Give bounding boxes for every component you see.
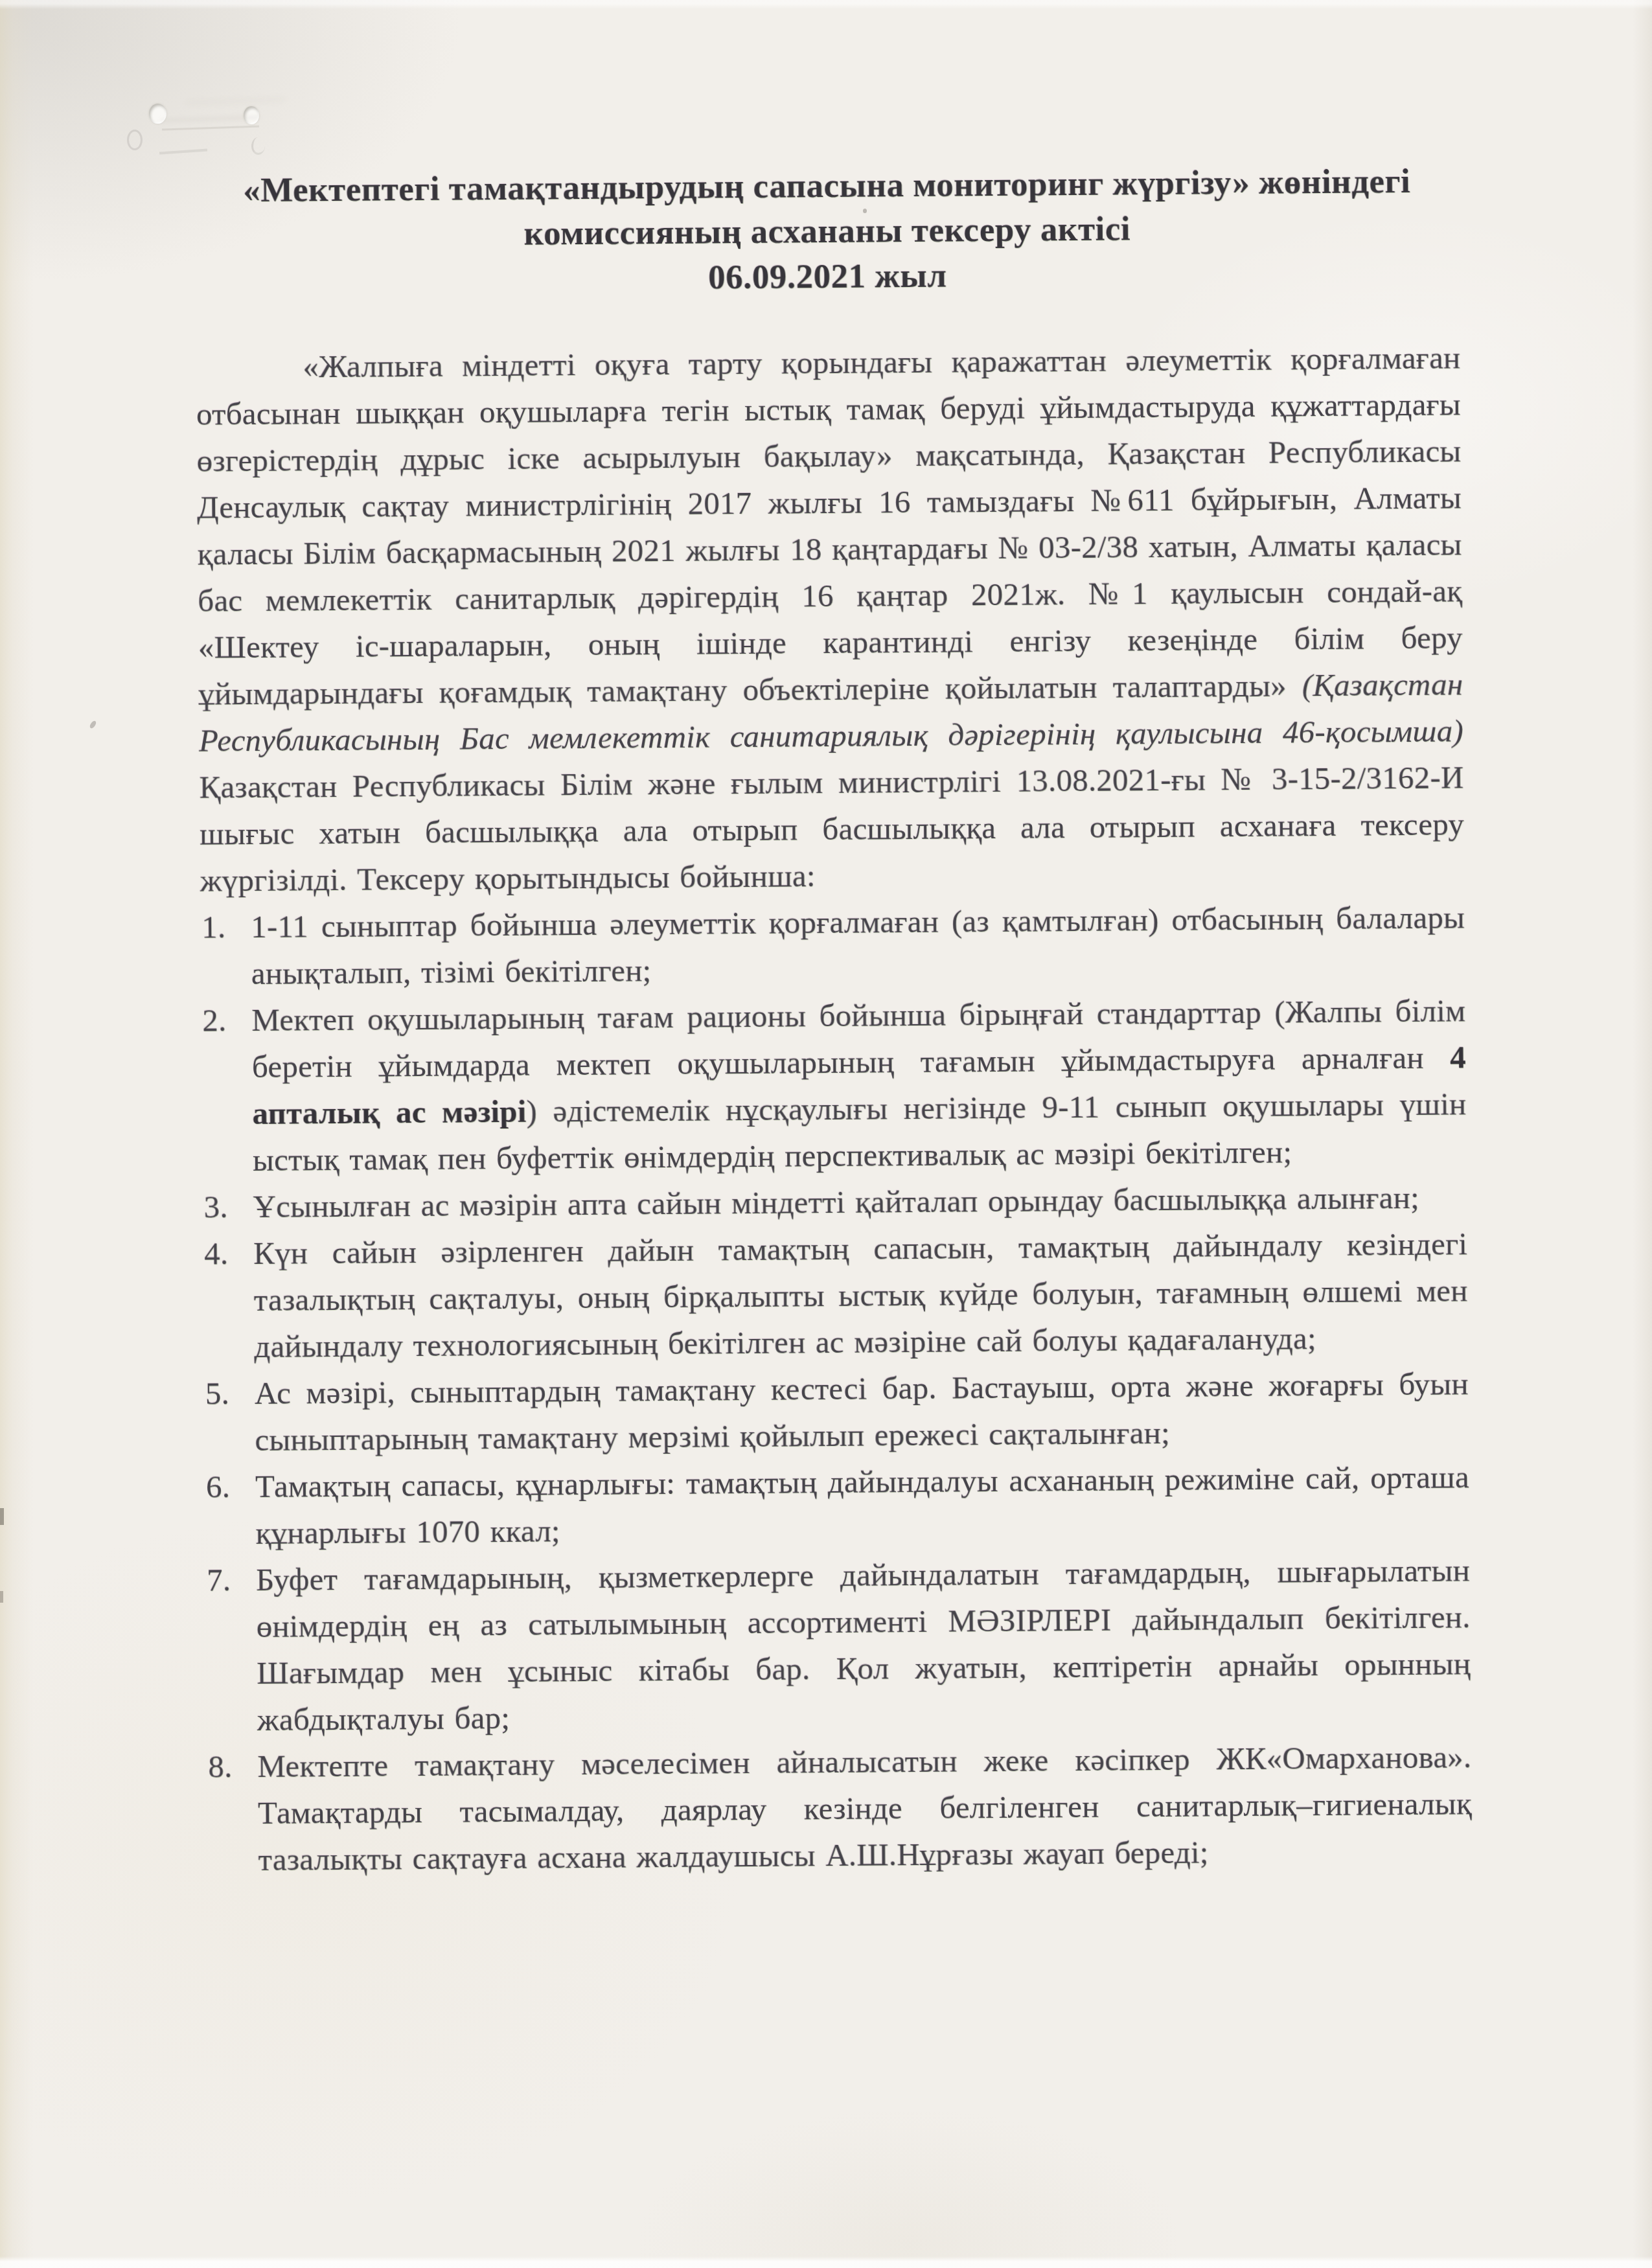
scan-edge-mark [0, 1591, 3, 1603]
list-item: 8.Мектепте тамақтану мәселесімен айналыс… [207, 1734, 1473, 1883]
text-segment: Буфет тағамдарының, қызметкерлерге дайын… [256, 1552, 1471, 1737]
document-content: «Мектептегі тамақтандырудың сапасына мон… [194, 158, 1473, 1883]
intro-paragraph: «Жалпыға міндетті оқуға тарту қорындағы … [196, 334, 1465, 904]
staple-hole [244, 106, 259, 124]
list-item: 6.Тамақтың сапасы, құнарлығы: тамақтың д… [205, 1454, 1470, 1557]
document-date: 06.09.2021 жыл [195, 249, 1460, 304]
list-item-text: Ұсынылған ас мәзірін апта сайын міндетті… [253, 1180, 1419, 1224]
list-item-text: Ас мәзірі, сыныптардың тамақтану кестесі… [255, 1366, 1469, 1458]
ink-speck [89, 720, 97, 729]
list-item: 1.1-11 сыныптар бойынша әлеуметтік қорға… [200, 894, 1465, 997]
staple-hole [149, 104, 166, 124]
text-segment: «Жалпыға міндетті оқуға тарту қорындағы … [196, 339, 1463, 711]
list-item-text: Мектепте тамақтану мәселесімен айналысат… [257, 1739, 1472, 1877]
scan-edge-mark [0, 1508, 4, 1525]
list-item-number: 8. [208, 1743, 233, 1790]
document-title: «Мектептегі тамақтандырудың сапасына мон… [194, 158, 1460, 304]
text-segment: Мектепте тамақтану мәселесімен айналысат… [257, 1739, 1472, 1877]
list-item-number: 3. [203, 1184, 228, 1230]
list-item-text: Күн сайын әзірленген дайын тамақтың сапа… [253, 1226, 1468, 1364]
pencil-mark [251, 137, 265, 155]
text-segment: Тамақтың сапасы, құнарлығы: тамақтың дай… [255, 1459, 1469, 1551]
pencil-mark [159, 148, 207, 154]
list-item-text: Тамақтың сапасы, құнарлығы: тамақтың дай… [255, 1459, 1469, 1551]
list-item-text: Мектеп оқушыларының тағам рационы бойынш… [251, 992, 1467, 1178]
text-segment: Мектеп оқушыларының тағам рационы бойынш… [251, 992, 1465, 1084]
list-item-number: 4. [204, 1230, 229, 1277]
list-item: 4.Күн сайын әзірленген дайын тамақтың са… [203, 1220, 1469, 1370]
list-item: 5.Ас мәзірі, сыныптардың тамақтану кесте… [204, 1360, 1469, 1463]
text-segment: Ұсынылған ас мәзірін апта сайын міндетті… [253, 1180, 1419, 1224]
list-item-number: 5. [205, 1370, 230, 1417]
pencil-mark [127, 130, 143, 150]
text-segment: Күн сайын әзірленген дайын тамақтың сапа… [253, 1226, 1468, 1364]
list-item-text: 1-11 сыныптар бойынша әлеуметтік қорғалм… [251, 899, 1465, 991]
findings-list: 1.1-11 сыныптар бойынша әлеуметтік қорға… [200, 894, 1473, 1883]
scanned-page: «Мектептегі тамақтандырудың сапасына мон… [0, 0, 1652, 2268]
list-item-number: 7. [207, 1557, 231, 1603]
text-segment: Ас мәзірі, сыныптардың тамақтану кестесі… [255, 1366, 1469, 1458]
list-item: 7.Буфет тағамдарының, қызметкерлерге дай… [205, 1547, 1471, 1743]
document-body: «Жалпыға міндетті оқуға тарту қорындағы … [196, 334, 1473, 1883]
list-item-number: 6. [206, 1463, 231, 1510]
list-item: 2.Мектеп оқушыларының тағам рационы бойы… [201, 987, 1467, 1184]
text-segment: 1-11 сыныптар бойынша әлеуметтік қорғалм… [251, 899, 1465, 991]
text-segment: Қазақстан Республикасы Білім және ғылым … [199, 759, 1464, 898]
paper-crease [162, 125, 259, 130]
list-item-text: Буфет тағамдарының, қызметкерлерге дайын… [256, 1552, 1471, 1737]
list-item-number: 1. [201, 904, 226, 950]
list-item-number: 2. [202, 997, 227, 1044]
